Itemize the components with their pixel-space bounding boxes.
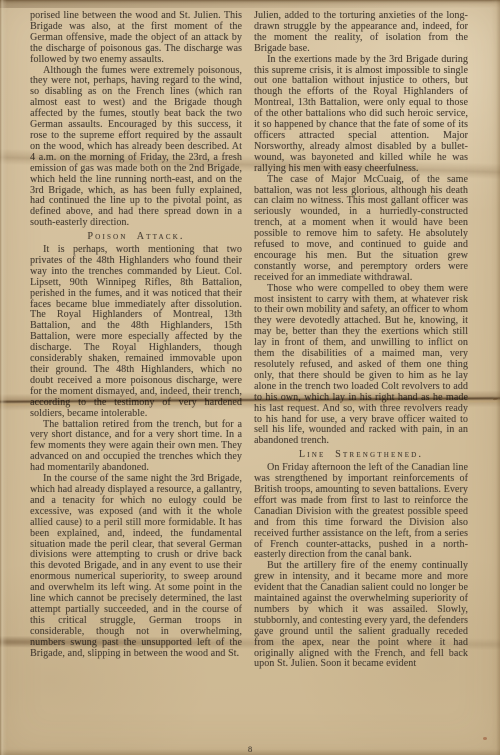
paragraph: Those who were compelled to obey them we… [254, 284, 468, 448]
left-column: porised line between the wood and St. Ju… [30, 11, 242, 752]
scanned-page: porised line between the wood and St. Ju… [0, 0, 500, 755]
paragraph: On Friday afternoon the left of the Cana… [254, 463, 468, 561]
paragraph: porised line between the wood and St. Ju… [30, 11, 242, 66]
paragraph: The battalion retired from the trench, b… [30, 420, 242, 475]
page-number: 8 [0, 744, 500, 754]
section-heading-poison-attack: Poison Attack. [30, 232, 242, 243]
paper-edge-left [0, 0, 7, 755]
paper-edge-right [491, 0, 500, 755]
paragraph: Julien, added to the torturing anxieties… [254, 11, 468, 55]
paragraph: Although the fumes were extremely poison… [30, 66, 242, 230]
paper-speck [483, 737, 487, 740]
right-column: Julien, added to the torturing anxieties… [254, 11, 468, 752]
paragraph: It is perhaps, worth mentioning that two… [30, 245, 242, 420]
paragraph: In the course of the same night the 3rd … [30, 474, 242, 659]
paragraph: The case of Major McCuaig, of the same b… [254, 175, 468, 284]
paper-speck [493, 398, 498, 401]
paper-edge-top [0, 0, 500, 8]
paragraph: In the exertions made by the 3rd Brigade… [254, 55, 468, 175]
section-heading-line-strengthened: Line Strengthened. [254, 450, 468, 461]
paragraph: But the artillery fire of the enemy cont… [254, 561, 468, 670]
